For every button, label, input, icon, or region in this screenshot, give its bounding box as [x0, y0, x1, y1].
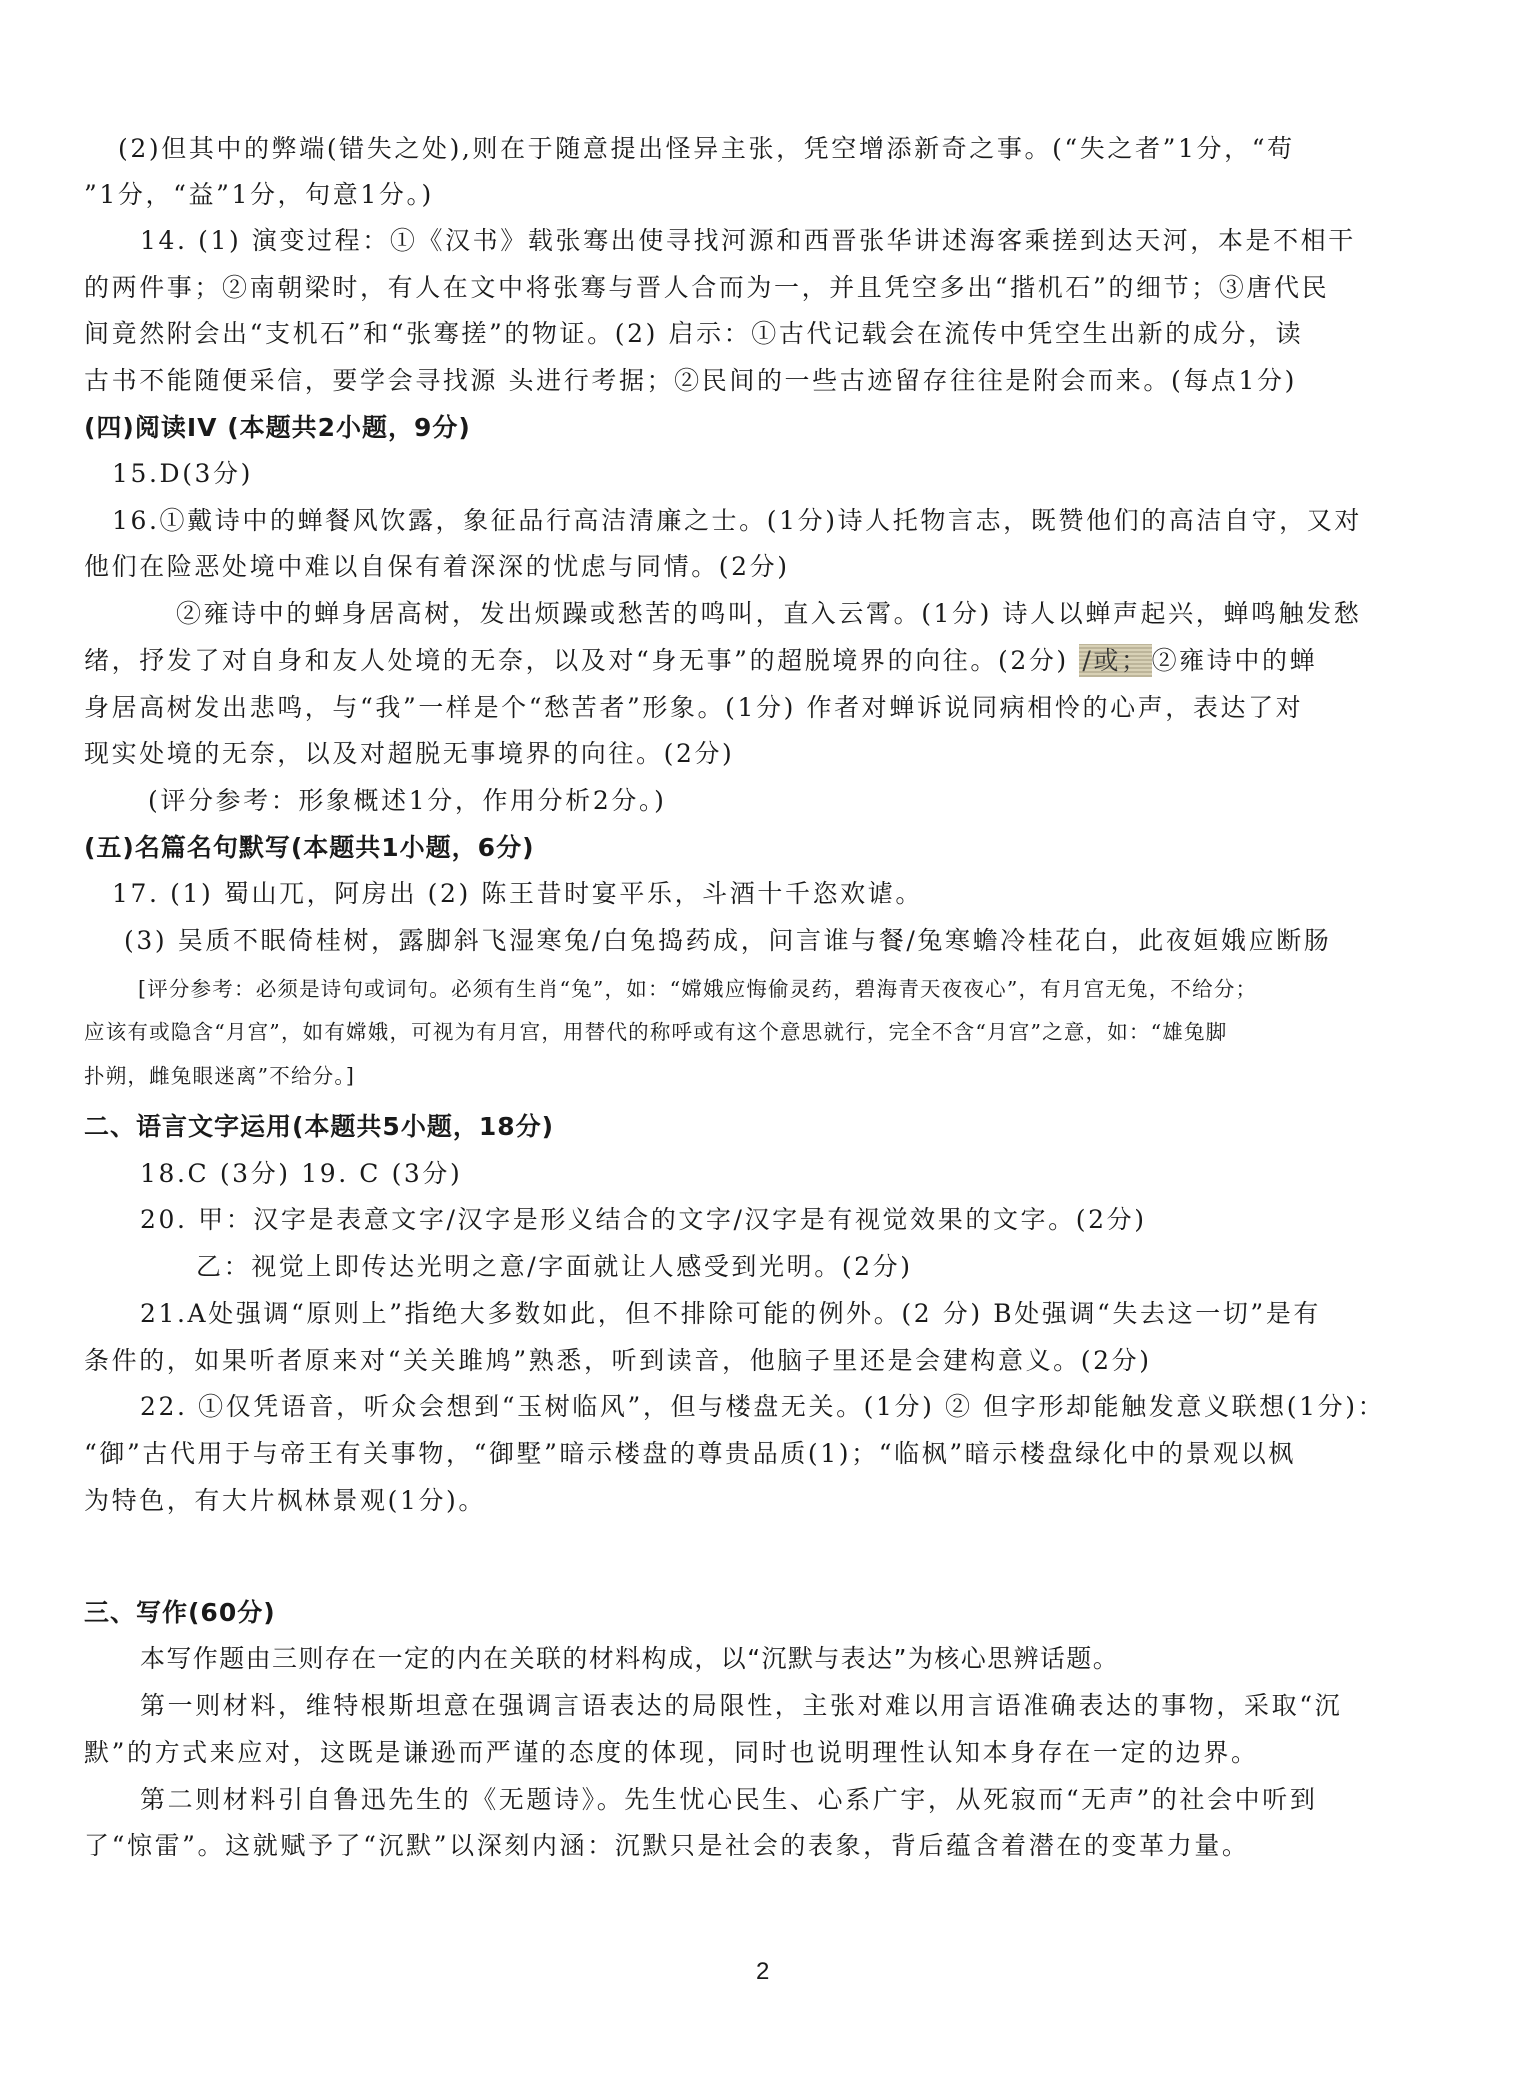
writing-intro: 本写作题由三则存在一定的内在关联的材料构成，以“沉默与表达”为核心思辨话题。: [140, 1643, 1119, 1675]
answer-17-scoring-line1: [评分参考：必须是诗句或词句。必须有生肖“兔”，如：“嫦娥应悔偷灵药，碧海青天夜…: [138, 973, 1257, 1005]
answer-18-19: 18.C (3分) 19. C (3分): [140, 1158, 462, 1190]
answer-20-jia: 20. 甲：汉字是表意文字/汉字是形义结合的文字/汉字是有视觉效果的文字。(2分…: [140, 1204, 1147, 1236]
answer-22-line3: 为特色，有大片枫林景观(1分)。: [84, 1485, 486, 1517]
answer-16-line4: 绪，抒发了对自身和友人处境的无奈，以及对“身无事”的超脱境界的向往。(2分) /…: [84, 645, 1317, 677]
writing-material2-line2: 了“惊雷”。这就赋予了“沉默”以深刻内涵：沉默只是社会的表象，背后蕴含着潜在的变…: [84, 1830, 1250, 1862]
writing-material1-line2: 默”的方式来应对，这既是谦逊而严谨的态度的体现，同时也说明理性认知本身存在一定的…: [84, 1737, 1259, 1769]
answer-16-line3: ②雍诗中的蝉身居高树，发出烦躁或愁苦的鸣叫，直入云霄。(1分) 诗人以蝉声起兴，…: [176, 598, 1361, 630]
answer-14-line4: 古书不能随便采信，要学会寻找源 头进行考据；②民间的一些古迹留存往往是附会而来。…: [84, 365, 1297, 397]
answer-17-scoring-line2: 应该有或隐含“月宫”，如有嫦娥，可视为有月宫，用替代的称呼或有这个意思就行，完全…: [84, 1016, 1227, 1048]
answer-16-line4-text-a: 绪，抒发了对自身和友人处境的无奈，以及对“身无事”的超脱境界的向往。(2分): [84, 646, 1079, 675]
section-heading-reading-4: (四)阅读IV (本题共2小题，9分): [84, 412, 471, 444]
answer-21-line1: 21.A处强调“原则上”指绝大多数如此，但不排除可能的例外。(2 分) B处强调…: [140, 1298, 1321, 1330]
writing-material2-line1: 第二则材料引自鲁迅先生的《无题诗》。先生忧心民生、心系广宇，从死寂而“无声”的社…: [140, 1784, 1317, 1816]
answer-16-line2: 他们在险恶处境中难以自保有着深深的忧虑与同情。(2分): [84, 551, 790, 583]
answer-17-scoring-line3: 扑朔，雌兔眼迷离”不给分。]: [84, 1060, 355, 1092]
answer-20-yi: 乙：视觉上即传达光明之意/字面就让人感受到光明。(2分): [196, 1251, 913, 1283]
answer-16-line6: 现实处境的无奈，以及对超脱无事境界的向往。(2分): [84, 738, 734, 770]
answer-14-line3: 间竟然附会出“支机石”和“张骞搓”的物证。(2) 启示：①古代记载会在流传中凭空…: [84, 318, 1303, 350]
answer-13-2-line1: (2)但其中的弊端(错失之处),则在于随意提出怪异主张，凭空增添新奇之事。(“失…: [118, 133, 1295, 165]
answer-21-line2: 条件的，如果听者原来对“关关雎鸠”熟悉，听到读音，他脑子里还是会建构意义。(2分…: [84, 1345, 1152, 1377]
answer-14-line2: 的两件事；②南朝梁时，有人在文中将张骞与晋人合而为一，并且凭空多出“揩机石”的细…: [84, 272, 1329, 304]
page-number: 2: [756, 1958, 769, 1986]
answer-22-line1: 22. ①仅凭语音，听众会想到“玉树临风”，但与楼盘无关。(1分) ② 但字形却…: [140, 1391, 1385, 1423]
answer-16-scoring-note: (评分参考：形象概述1分，作用分析2分。): [148, 785, 666, 817]
section-heading-dictation: (五)名篇名句默写(本题共1小题，6分): [84, 832, 535, 864]
answer-22-line2: “御”古代用于与帝王有关事物，“御墅”暗示楼盘的尊贵品质(1)；“临枫”暗示楼盘…: [84, 1438, 1296, 1470]
answer-14-line1: 14. (1) 演变过程：①《汉书》载张骞出使寻找河源和西晋张华讲述海客乘搓到达…: [140, 225, 1356, 257]
answer-13-2-line2: ”1分，“益”1分，句意1分。): [84, 179, 434, 211]
document-page: (2)但其中的弊端(错失之处),则在于随意提出怪异主张，凭空增添新奇之事。(“失…: [0, 0, 1528, 2096]
answer-16-line1: 16.①戴诗中的蝉餐风饮露，象征品行高洁清廉之士。(1分)诗人托物言志，既赞他们…: [112, 505, 1362, 537]
part-heading-language-use: 二、语言文字运用(本题共5小题，18分): [84, 1111, 554, 1143]
writing-material1-line1: 第一则材料，维特根斯坦意在强调言语表达的局限性，主张对难以用言语准确表达的事物，…: [140, 1690, 1342, 1722]
answer-15: 15.D(3分): [112, 458, 253, 490]
answer-16-line4-text-b: ②雍诗中的蝉: [1152, 646, 1318, 675]
answer-17-line2: (3) 吴质不眠倚桂树，露脚斜飞湿寒兔/白兔捣药成，问言谁与餐/兔寒蟾冷桂花白，…: [124, 925, 1331, 957]
part-heading-writing: 三、写作(60分): [84, 1597, 276, 1629]
answer-17-line1: 17. (1) 蜀山兀，阿房出 (2) 陈王昔时宴平乐，斗酒十千恣欢谑。: [112, 878, 923, 910]
highlighted-alternative-marker: /或；: [1079, 644, 1151, 677]
answer-16-line5: 身居高树发出悲鸣，与“我”一样是个“愁苦者”形象。(1分) 作者对蝉诉说同病相怜…: [84, 692, 1303, 724]
